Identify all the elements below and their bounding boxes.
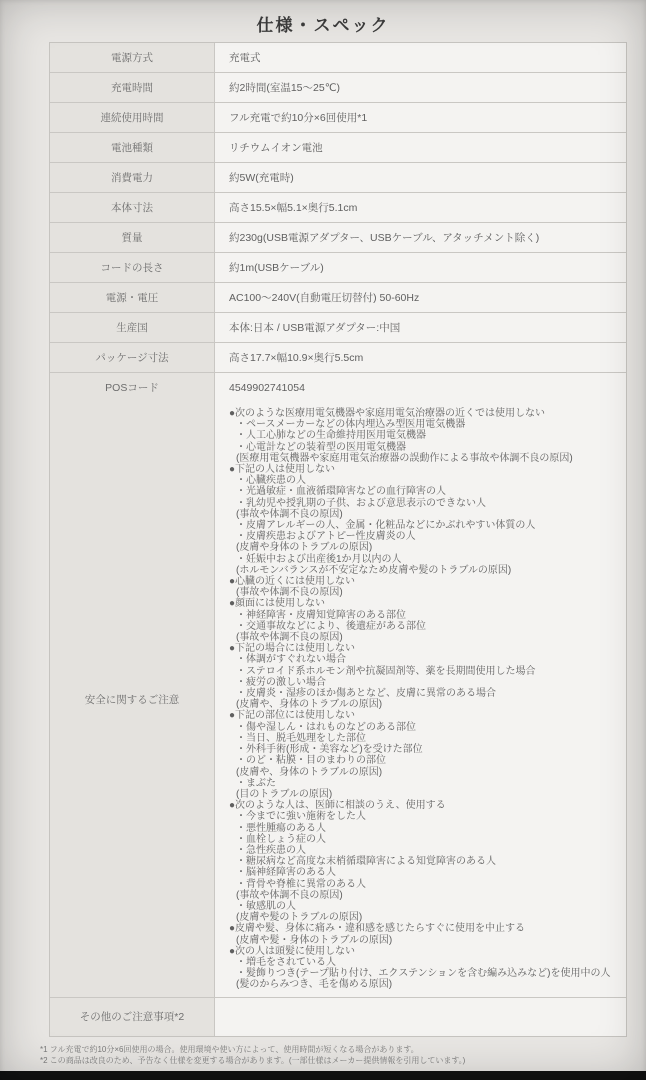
text-line: ・外科手術(形成・美容など)を受けた部位 xyxy=(229,744,618,755)
spec-value: 充電式 xyxy=(215,43,626,72)
spec-label: パッケージ寸法 xyxy=(50,343,215,372)
text-line: ・神経障害・皮膚知覚障害のある部位 xyxy=(229,610,618,621)
text-line: ・脳神経障害のある人 xyxy=(229,867,618,878)
spec-label: 安全に関するご注意 xyxy=(50,402,215,997)
spec-label: 充電時間 xyxy=(50,73,215,102)
table-row: 本体寸法高さ15.5×幅5.1×奥行5.1cm xyxy=(50,193,626,223)
spec-value: 約230g(USB電源アダプター、USBケーブル、アタッチメント除く) xyxy=(215,223,626,252)
spec-value: 高さ15.5×幅5.1×奥行5.1cm xyxy=(215,193,626,222)
text-line: ・急性疾患の人 xyxy=(229,845,618,856)
spec-label: その他のご注意事項*2 xyxy=(50,998,215,1036)
table-row: 電池種類リチウムイオン電池 xyxy=(50,133,626,163)
spec-label: 電池種類 xyxy=(50,133,215,162)
spec-label: 電源方式 xyxy=(50,43,215,72)
text-line: ・心臓疾患の人 xyxy=(229,475,618,486)
text-line: ・糖尿病など高度な末梢循環障害による知覚障害のある人 xyxy=(229,856,618,867)
safety-notes: ●次のような医療用電気機器や家庭用電気治療器の近くでは使用しない・ペースメーカー… xyxy=(215,402,626,997)
text-line: ・皮膚疾患およびアトピー性皮膚炎の人 xyxy=(229,531,618,542)
text-line: ・光過敏症・血液循環障害などの血行障害の人 xyxy=(229,486,618,497)
text-line: (皮膚や髪・身体のトラブルの原因) xyxy=(229,935,618,946)
table-row: 連続使用時間フル充電で約10分×6回使用*1 xyxy=(50,103,626,133)
table-row: 電源・電圧AC100〜240V(自動電圧切替付) 50-60Hz xyxy=(50,283,626,313)
text-line: ・悪性腫瘍のある人 xyxy=(229,823,618,834)
text-line: ・まぶた xyxy=(229,778,618,789)
spec-value: 4549902741054 xyxy=(215,373,626,402)
text-line: (皮膚や、身体のトラブルの原因) xyxy=(229,699,618,710)
text-line: ・疲労の激しい場合 xyxy=(229,677,618,688)
text-line: ・今までに強い施術をした人 xyxy=(229,811,618,822)
text-line: ●心臓の近くには使用しない xyxy=(229,576,618,587)
text-line: ・背骨や脊椎に異常のある人 xyxy=(229,879,618,890)
spec-table: 電源方式充電式充電時間約2時間(室温15〜25℃)連続使用時間フル充電で約10分… xyxy=(49,42,627,1037)
text-line: ●下記の場合には使用しない xyxy=(229,643,618,654)
spec-label: POSコード xyxy=(50,373,215,402)
spec-value: AC100〜240V(自動電圧切替付) 50-60Hz xyxy=(215,283,626,312)
text-line: ・増毛をされている人 xyxy=(229,957,618,968)
table-row: 電源方式充電式 xyxy=(50,43,626,73)
text-line: ・妊娠中および出産後1か月以内の人 xyxy=(229,554,618,565)
text-line: ●次のような人は、医師に相談のうえ、使用する xyxy=(229,800,618,811)
table-row-other: その他のご注意事項*2 xyxy=(50,998,626,1036)
spec-label: 電源・電圧 xyxy=(50,283,215,312)
text-line: ・交通事故などにより、後遺症がある部位 xyxy=(229,621,618,632)
text-line: ・傷や湿しん・はれものなどのある部位 xyxy=(229,722,618,733)
text-line: ●下記の人は使用しない xyxy=(229,464,618,475)
text-line: ●次のような医療用電気機器や家庭用電気治療器の近くでは使用しない xyxy=(229,408,618,419)
spec-value: 約2時間(室温15〜25℃) xyxy=(215,73,626,102)
table-row: 質量約230g(USB電源アダプター、USBケーブル、アタッチメント除く) xyxy=(50,223,626,253)
spec-rows: 電源方式充電式充電時間約2時間(室温15〜25℃)連続使用時間フル充電で約10分… xyxy=(50,43,626,402)
text-line: ・ステロイド系ホルモン剤や抗凝固剤等、薬を長期間使用した場合 xyxy=(229,666,618,677)
text-line: ・血栓しょう症の人 xyxy=(229,834,618,845)
text-line: ●皮膚や髪、身体に痛み・違和感を感じたらすぐに使用を中止する xyxy=(229,923,618,934)
text-line: ・当日、脱毛処理をした部位 xyxy=(229,733,618,744)
table-row: パッケージ寸法高さ17.7×幅10.9×奥行5.5cm xyxy=(50,343,626,373)
spec-value: フル充電で約10分×6回使用*1 xyxy=(215,103,626,132)
text-line: ・体調がすぐれない場合 xyxy=(229,654,618,665)
text-line: ・敏感肌の人 xyxy=(229,901,618,912)
spec-label: 質量 xyxy=(50,223,215,252)
bottom-bar xyxy=(0,1071,646,1080)
text-line: ・髪飾りつき(テープ貼り付け、エクステンションを含む編み込みなど)を使用中の人 xyxy=(229,968,618,979)
text-line: (髪のからみつき、毛を傷める原因) xyxy=(229,979,618,990)
text-line: ・ペースメーカーなどの体内埋込み型医用電気機器 xyxy=(229,419,618,430)
text-line: ●下記の部位には使用しない xyxy=(229,710,618,721)
spec-label: 連続使用時間 xyxy=(50,103,215,132)
spec-value: 約5W(充電時) xyxy=(215,163,626,192)
page-title: 仕様・スペック xyxy=(0,0,646,36)
text-line: ・のど・粘膜・目のまわりの部位 xyxy=(229,755,618,766)
text-line: ・皮膚炎・湿疹のほか傷あとなど、皮膚に異常のある場合 xyxy=(229,688,618,699)
text-line: (医療用電気機器や家庭用電気治療器の誤動作による事故や体調不良の原因) xyxy=(229,453,618,464)
spec-value: 高さ17.7×幅10.9×奥行5.5cm xyxy=(215,343,626,372)
spec-value xyxy=(215,998,626,1036)
text-line: (ホルモンバランスが不安定なため皮膚や髪のトラブルの原因) xyxy=(229,565,618,576)
text-line: (皮膚や身体のトラブルの原因) xyxy=(229,542,618,553)
spec-page: 仕様・スペック 電源方式充電式充電時間約2時間(室温15〜25℃)連続使用時間フ… xyxy=(0,0,646,1080)
spec-label: コードの長さ xyxy=(50,253,215,282)
text-line: (皮膚や髪のトラブルの原因) xyxy=(229,912,618,923)
table-row: コードの長さ約1m(USBケーブル) xyxy=(50,253,626,283)
text-line: (皮膚や、身体のトラブルの原因) xyxy=(229,767,618,778)
text-line: *2 この商品は改良のため、予告なく仕様を変更する場合があります。(一部仕様はメ… xyxy=(40,1055,606,1066)
text-line: ・乳幼児や授乳期の子供、および意思表示のできない人 xyxy=(229,498,618,509)
text-line: (事故や体調不良の原因) xyxy=(229,890,618,901)
spec-value: 約1m(USBケーブル) xyxy=(215,253,626,282)
table-row: 消費電力約5W(充電時) xyxy=(50,163,626,193)
text-line: (事故や体調不良の原因) xyxy=(229,509,618,520)
text-line: (目のトラブルの原因) xyxy=(229,789,618,800)
table-row: 生産国本体:日本 / USB電源アダプター:中国 xyxy=(50,313,626,343)
spec-label: 消費電力 xyxy=(50,163,215,192)
spec-value: リチウムイオン電池 xyxy=(215,133,626,162)
text-line: ・心電計などの装着型の医用電気機器 xyxy=(229,442,618,453)
table-row-safety: 安全に関するご注意 ●次のような医療用電気機器や家庭用電気治療器の近くでは使用し… xyxy=(50,402,626,998)
text-line: (事故や体調不良の原因) xyxy=(229,632,618,643)
table-row: POSコード4549902741054 xyxy=(50,373,626,402)
footnotes: *1 フル充電で約10分×6回使用の場合。使用環境や使い方によって、使用時間が短… xyxy=(40,1044,606,1066)
table-row: 充電時間約2時間(室温15〜25℃) xyxy=(50,73,626,103)
spec-label: 生産国 xyxy=(50,313,215,342)
spec-value: 本体:日本 / USB電源アダプター:中国 xyxy=(215,313,626,342)
text-line: (事故や体調不良の原因) xyxy=(229,587,618,598)
text-line: ・人工心肺などの生命維持用医用電気機器 xyxy=(229,430,618,441)
spec-label: 本体寸法 xyxy=(50,193,215,222)
text-line: ・皮膚アレルギーの人、金属・化粧品などにかぶれやすい体質の人 xyxy=(229,520,618,531)
text-line: ●次の人は頭髪に使用しない xyxy=(229,946,618,957)
text-line: *1 フル充電で約10分×6回使用の場合。使用環境や使い方によって、使用時間が短… xyxy=(40,1044,606,1055)
text-line: ●顔面には使用しない xyxy=(229,598,618,609)
